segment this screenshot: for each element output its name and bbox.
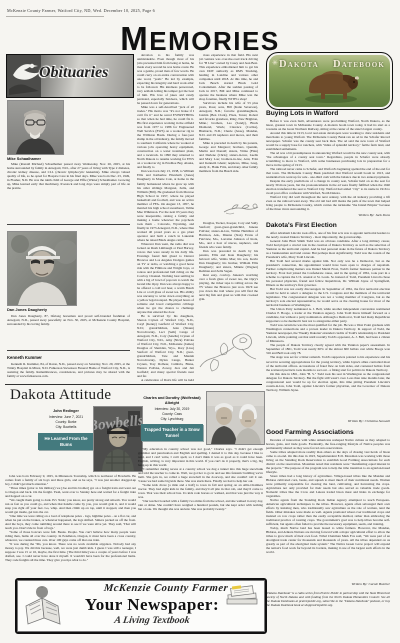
rose-ornament (196, 327, 262, 375)
feature1-county: County: Burke (40, 420, 92, 424)
paragraph: rious experience in that field. His next… (199, 53, 258, 101)
feature2-interview: Interview: July 30, 2019 (141, 407, 203, 411)
paragraph: Around this time in 1913, local real est… (266, 131, 390, 151)
paragraph: The people of Dakota Territory clearly a… (266, 343, 390, 355)
ad-tagline: A Living Textbook (68, 615, 236, 626)
article-text-first-election: After Abraham Lincoln took office, one o… (266, 231, 390, 415)
photo-john-bowbells: Bowbells (93, 406, 143, 472)
portrait-dan-daugherty (7, 231, 77, 306)
feature1-callout: He Learned From the Bums (38, 433, 94, 450)
obit-text-kenneth: Kenneth R. Kummer, 84, of Raton, N.D., p… (7, 362, 130, 382)
paragraph: devotion to his family was unmistakable.… (137, 53, 194, 105)
feature2-callout: Trapped Teacher in a Snow Tunnel (141, 424, 203, 441)
paragraph: But Todd had several marks against him. … (266, 259, 390, 287)
paragraph: "Three times (prior to his military) we … (5, 486, 136, 498)
obit-text-mike: Mike (Ronald Michael) Schaalhamer passed… (7, 162, 130, 210)
paragraph: "My education in country school was not … (138, 447, 263, 467)
datebook-banner-photo: ✳ Dakota Datebook (269, 55, 390, 107)
obituaries-banner: Obituaries (6, 54, 134, 98)
paragraph: The ad was a bit presumptuous in announc… (266, 151, 390, 167)
paragraph: Sioux tribes had a long history of agric… (266, 474, 390, 498)
compass-icon: ✳ (272, 59, 278, 67)
paragraph: Native agents from the Standing Rock Ind… (266, 498, 390, 526)
article-text-good-farming: Decades of interaction with white Americ… (266, 438, 390, 579)
paragraph: Survivors include his wife of 53 plus ye… (199, 101, 258, 141)
byline-jack-dura: Written By: Jack Dura (266, 213, 390, 217)
newspaper-ad: McKenzie County Farmer Your Newspaper: A… (15, 578, 267, 634)
paragraph: Today, much Native land has been leased … (266, 526, 390, 554)
article-heading-first-election: Dakota's First Election (266, 222, 390, 229)
paragraph: Dan was preceded in death by his parents… (199, 249, 258, 273)
feature1-body: John was born February 9, 1925, in Minne… (5, 474, 136, 564)
article-heading-buying-lots: Buying Lots in Watford (266, 110, 390, 117)
paragraph: The stage was set for a bitter rematch. … (266, 355, 390, 371)
obit-continuation-col3a: rious experience in that field. His next… (199, 53, 258, 197)
paragraph: Douglas, Tucker, Kooper, Cory and Sully … (199, 221, 258, 249)
paragraph: John was born February 9, 1925, in Minne… (5, 474, 136, 486)
obit-divider-2 (7, 350, 130, 351)
obit-continuation-col2: devotion to his family was unmistakable.… (137, 53, 194, 381)
paragraph: A celebration of Dan's life will be held… (137, 378, 194, 381)
obit-text-dan: Dan Jones Daugherty, 87, lifelong horsem… (7, 314, 130, 346)
feature2-body: "My education in country school was not … (138, 447, 263, 561)
byline-carole-butcher: Written By: Carole Butcher (266, 582, 390, 586)
datebook-banner: ✳ Dakota Datebook (266, 52, 393, 110)
attitude-heading: Dakota Attitude (10, 387, 111, 404)
obituaries-title: Obituaries (39, 64, 108, 82)
paragraph: Rest easy, cowboy. Juneau's watching ove… (199, 273, 258, 301)
obit-divider-1 (7, 224, 130, 225)
paragraph: "Our teacher boarded with a family two m… (138, 499, 263, 511)
paragraph: Wherever Dan went, the radio dial was lo… (137, 242, 194, 314)
paragraph: The railroad never came to Schafer, and … (266, 167, 390, 179)
paragraph: Dan Jones Daugherty, 87, lifelong horsem… (7, 314, 130, 326)
ad-main-line: Your Newspaper: (69, 595, 235, 615)
paragraph: "Some kids drove [a mile and a half] to … (138, 483, 263, 499)
paragraph: On this date in 1861, John "B. S." Todd … (266, 372, 390, 392)
bison-photo (295, 66, 365, 104)
feature1-name: John Redinger (40, 409, 92, 414)
paragraph: Some tribes adapted more readily than ot… (266, 450, 390, 474)
obit-caption-dan: Dan Jones Daugherty (7, 307, 127, 312)
paragraph: General John Blair Smith Todd was an obv… (266, 239, 390, 259)
folio-line: McKenzie County Farmer, Watford City, ND… (7, 8, 155, 13)
feature2-city: City: Lynchburg (141, 417, 203, 421)
photo-albright-couple (206, 391, 265, 445)
feature1-city: City: Bowbells (40, 425, 92, 429)
obit-caption-mike: Mike Schaalhamer (7, 156, 127, 161)
article-heading-good-farming: Good Farming Associations (266, 429, 390, 436)
paragraph: "We caught them going to dark. Erv 'Kids… (5, 498, 136, 514)
paragraph: But Todd was not easily discouraged. In … (266, 287, 390, 307)
paragraph: Mike is preceded in death by his parents… (199, 141, 258, 173)
paragraph: He is survived by: his daughters, Sharon… (137, 314, 194, 378)
paragraph: Mike (Ronald Michael) Schaalhamer passed… (7, 162, 130, 190)
paragraph: "One time we were riding on a load of te… (5, 514, 136, 530)
paragraph: Dan was born July 13, 1938, to William E… (137, 169, 194, 241)
paragraph: Kenneth R. Kummer, 84, of Raton, N.D., p… (7, 362, 130, 378)
paragraph: After Abraham Lincoln took office, one o… (266, 231, 390, 239)
feature1-interview: Interview: June 7, 2021 (40, 415, 92, 419)
paragraph: Watford City did well throughout the nex… (266, 195, 390, 211)
byline-christina-sunwall: Written By: Christina Sunwall (266, 419, 390, 423)
paragraph: The Union Party nominated A. J. Bell, wh… (266, 307, 390, 323)
paragraph: Before it was even built, adventurers we… (266, 119, 390, 131)
paragraph: "It was during the '30s, you know. There… (5, 542, 136, 562)
feature2-county: County: Cass (141, 412, 203, 416)
flower-sprig-ornament (222, 200, 260, 217)
obit-continuation-col3b: Douglas, Tucker, Kooper, Cory and Sully … (199, 221, 258, 323)
paragraph: Despite the early predictions of a chang… (266, 179, 390, 195)
paragraph: Decades of interaction with white Americ… (266, 438, 390, 450)
folio-rule (6, 16, 104, 17)
ad-paper-name: McKenzie County Farmer (72, 583, 259, 594)
attitude-top-rule (5, 384, 262, 385)
paragraph: "I remember during recess at a country s… (138, 467, 263, 483)
paragraph: Todd was certain he was the most qualifi… (266, 323, 390, 343)
dove-icon (7, 55, 41, 97)
paragraph: Mike was a self-described "jack of all t… (137, 105, 194, 169)
datebook-disclaimer: "Dakota Datebook" is a radio series from… (266, 591, 390, 627)
paragraph: "Some of those boxcars were full. Beans.… (5, 530, 136, 542)
article-text-buying-lots: Before it was even built, adventurers we… (266, 119, 390, 211)
obit-heading-kenneth: Kenneth Kummer (7, 355, 130, 360)
newspaper-page: McKenzie County Farmer, Watford City, ND… (0, 0, 400, 643)
reader-illustration (22, 584, 68, 628)
portrait-mike-schaalhamer (7, 100, 64, 155)
feature2-name: Charles and Dorothy (Wolfestad) Albright (141, 396, 203, 405)
